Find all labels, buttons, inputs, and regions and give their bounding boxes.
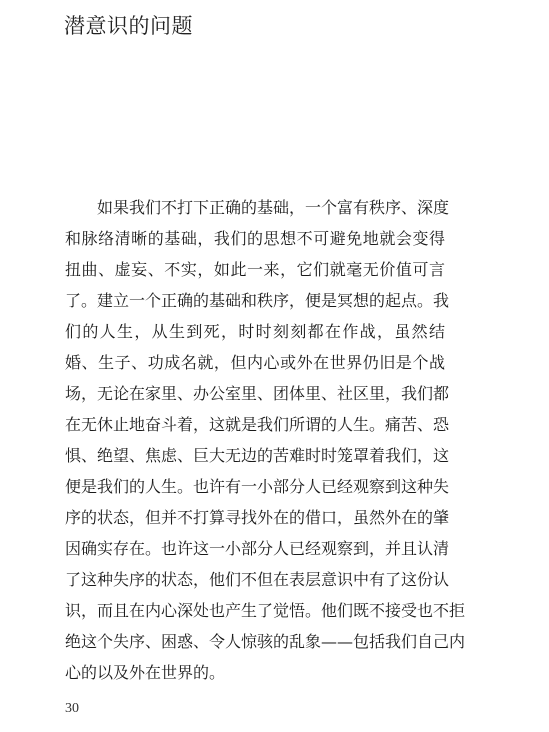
- paragraph-line: 在无休止地奋斗着，这就是我们所谓的人生。痛苦、恐: [65, 409, 445, 440]
- paragraph-line: 和脉络清晰的基础，我们的思想不可避免地就会变得: [65, 223, 445, 254]
- paragraph-line: 场，无论在家里、办公室里、团体里、社区里，我们都: [65, 378, 445, 409]
- paragraph-line: 便是我们的人生。也许有一小部分人已经观察到这种失: [65, 471, 445, 502]
- paragraph-line: 们的人生，从生到死，时时刻刻都在作战，虽然结: [65, 316, 445, 347]
- paragraph-line: 绝这个失序、困惑、令人惊骇的乱象——包括我们自己内: [65, 626, 445, 657]
- page-number: 30: [65, 701, 79, 717]
- body-paragraph: 如果我们不打下正确的基础，一个富有秩序、深度 和脉络清晰的基础，我们的思想不可避…: [65, 192, 445, 688]
- paragraph-line: 扭曲、虚妄、不实，如此一来，它们就毫无价值可言: [65, 254, 445, 285]
- paragraph-line: 心的以及外在世界的。: [65, 657, 445, 688]
- paragraph-line: 如果我们不打下正确的基础，一个富有秩序、深度: [65, 192, 445, 223]
- paragraph-line: 识，而且在内心深处也产生了觉悟。他们既不接受也不拒: [65, 595, 445, 626]
- paragraph-line: 了这种失序的状态，他们不但在表层意识中有了这份认: [65, 564, 445, 595]
- paragraph-line: 因确实存在。也许这一小部分人已经观察到，并且认清: [65, 533, 445, 564]
- chapter-title: 潜意识的问题: [64, 10, 193, 40]
- paragraph-line: 了。建立一个正确的基础和秩序，便是冥想的起点。我: [65, 285, 445, 316]
- paragraph-line: 婚、生子、功成名就，但内心或外在世界仍旧是个战: [65, 347, 445, 378]
- paragraph-line: 序的状态，但并不打算寻找外在的借口，虽然外在的肇: [65, 502, 445, 533]
- paragraph-line: 惧、绝望、焦虑、巨大无边的苦难时时笼罩着我们，这: [65, 440, 445, 471]
